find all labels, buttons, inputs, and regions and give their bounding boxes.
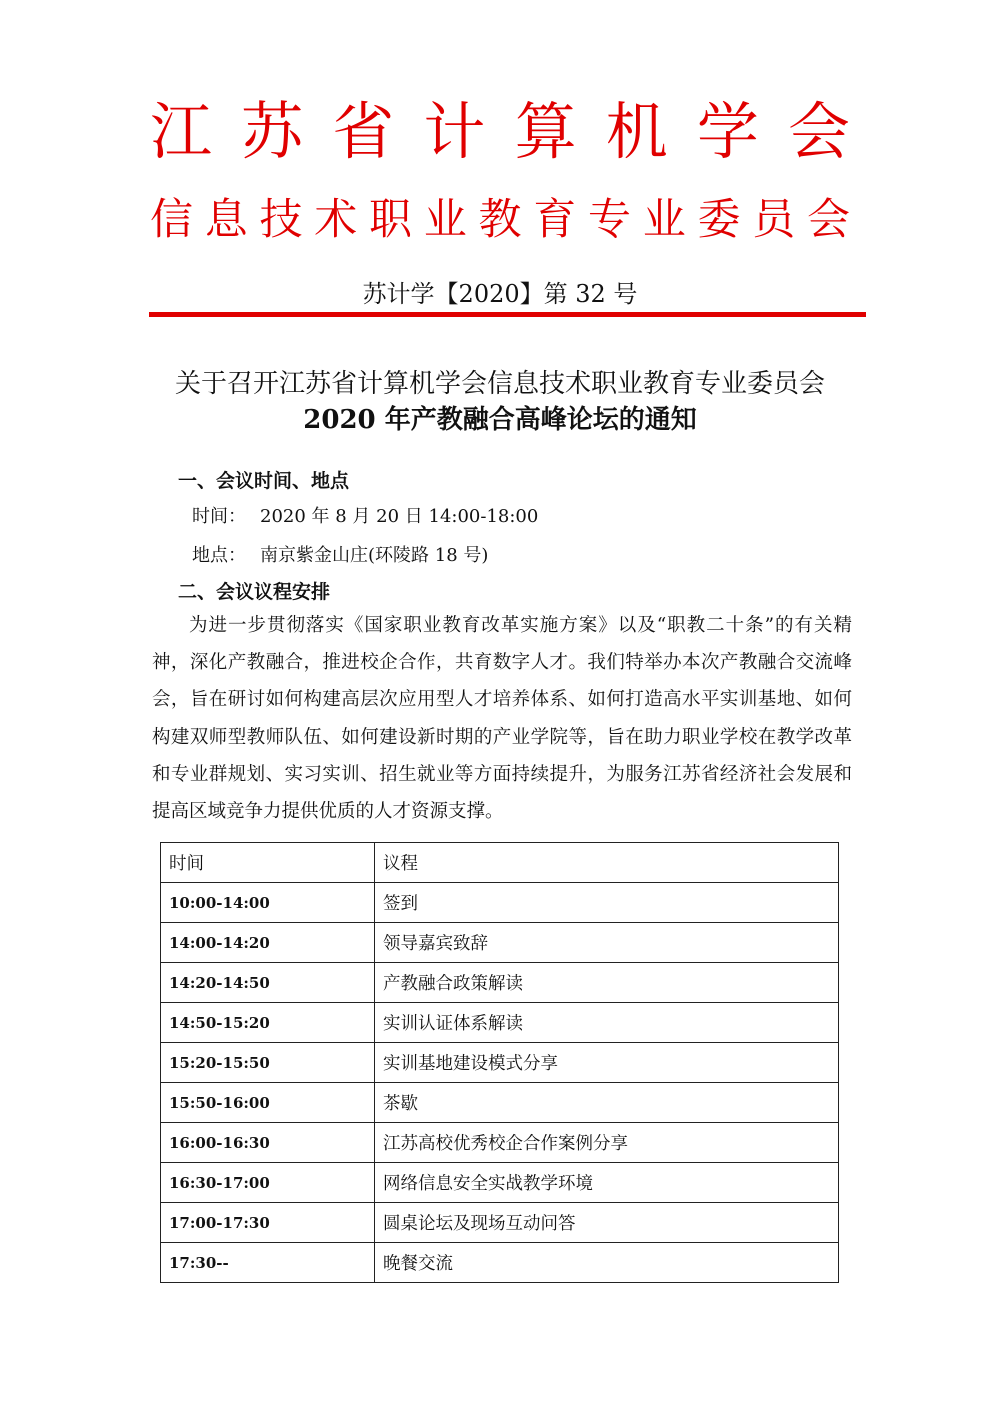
row-time: 16:00-16:30 xyxy=(161,1123,375,1163)
row-time: 14:50-15:20 xyxy=(161,1003,375,1043)
row-time: 17:00-17:30 xyxy=(161,1203,375,1243)
org-char: 职 xyxy=(369,190,412,250)
row-item: 实训认证体系解读 xyxy=(375,1003,839,1043)
org-char: 苏 xyxy=(241,92,303,172)
row-time: 15:50-16:00 xyxy=(161,1083,375,1123)
org-char: 会 xyxy=(788,92,850,172)
time-label: 时间： xyxy=(192,503,260,531)
header-item: 议程 xyxy=(375,843,839,883)
section-heading-agenda: 二、会议议程安排 xyxy=(178,578,330,606)
org-char: 计 xyxy=(423,92,485,172)
table-row: 16:30-17:00 网络信息安全实战教学环境 xyxy=(161,1163,839,1203)
document-number: 苏计学【2020】第 32 号 xyxy=(0,276,1000,312)
place-value: 南京紫金山庄(环陵路 18 号) xyxy=(260,545,488,566)
row-item: 晚餐交流 xyxy=(375,1243,839,1283)
org-name-line2: 信 息 技 术 职 业 教 育 专 业 委 员 会 xyxy=(150,190,850,250)
row-time: 17:30-- xyxy=(161,1243,375,1283)
org-char: 业 xyxy=(643,190,686,250)
table-row: 15:50-16:00 茶歇 xyxy=(161,1083,839,1123)
row-item: 实训基地建设模式分享 xyxy=(375,1043,839,1083)
row-time: 15:20-15:50 xyxy=(161,1043,375,1083)
org-char: 算 xyxy=(515,92,577,172)
org-char: 会 xyxy=(807,190,850,250)
row-item: 网络信息安全实战教学环境 xyxy=(375,1163,839,1203)
table-row: 17:30-- 晚餐交流 xyxy=(161,1243,839,1283)
section-heading-time-place: 一、会议时间、地点 xyxy=(178,467,349,495)
org-char: 息 xyxy=(205,190,248,250)
row-item: 圆桌论坛及现场互动问答 xyxy=(375,1203,839,1243)
red-divider xyxy=(149,312,866,317)
place-label: 地点： xyxy=(192,542,260,570)
org-char: 学 xyxy=(697,92,759,172)
notice-title-line1: 关于召开江苏省计算机学会信息技术职业教育专业委员会 xyxy=(0,366,1000,402)
table-row: 16:00-16:30 江苏高校优秀校企合作案例分享 xyxy=(161,1123,839,1163)
org-char: 教 xyxy=(479,190,522,250)
table-row: 10:00-14:00 签到 xyxy=(161,883,839,923)
org-char: 专 xyxy=(588,190,631,250)
table-row: 14:20-14:50 产教融合政策解读 xyxy=(161,963,839,1003)
table-row: 17:00-17:30 圆桌论坛及现场互动问答 xyxy=(161,1203,839,1243)
table-row: 15:20-15:50 实训基地建设模式分享 xyxy=(161,1043,839,1083)
org-char: 员 xyxy=(752,190,795,250)
org-char: 机 xyxy=(606,92,668,172)
paragraph-text: 为进一步贯彻落实《国家职业教育改革实施方案》以及“职教二十条”的有关精神，深化产… xyxy=(152,607,852,830)
row-item: 产教融合政策解读 xyxy=(375,963,839,1003)
row-item: 茶歇 xyxy=(375,1083,839,1123)
row-item: 领导嘉宾致辞 xyxy=(375,923,839,963)
row-time: 10:00-14:00 xyxy=(161,883,375,923)
time-value: 2020 年 8 月 20 日 14:00-18:00 xyxy=(260,506,538,527)
org-char: 委 xyxy=(698,190,741,250)
table-row: 14:50-15:20 实训认证体系解读 xyxy=(161,1003,839,1043)
row-item: 签到 xyxy=(375,883,839,923)
agenda-intro-paragraph: 为进一步贯彻落实《国家职业教育改革实施方案》以及“职教二十条”的有关精神，深化产… xyxy=(152,607,852,830)
agenda-table: 时间 议程 10:00-14:00 签到 14:00-14:20 领导嘉宾致辞 … xyxy=(160,842,839,1283)
meeting-place: 地点：南京紫金山庄(环陵路 18 号) xyxy=(192,542,488,570)
row-time: 14:00-14:20 xyxy=(161,923,375,963)
row-time: 14:20-14:50 xyxy=(161,963,375,1003)
row-time: 16:30-17:00 xyxy=(161,1163,375,1203)
notice-title-line2: 2020 年产教融合高峰论坛的通知 xyxy=(0,402,1000,438)
header-time: 时间 xyxy=(161,843,375,883)
table-header-row: 时间 议程 xyxy=(161,843,839,883)
org-char: 育 xyxy=(533,190,576,250)
org-char: 技 xyxy=(260,190,303,250)
org-char: 省 xyxy=(332,92,394,172)
org-char: 信 xyxy=(150,190,193,250)
meeting-time: 时间：2020 年 8 月 20 日 14:00-18:00 xyxy=(192,503,538,531)
table-row: 14:00-14:20 领导嘉宾致辞 xyxy=(161,923,839,963)
org-char: 业 xyxy=(424,190,467,250)
org-char: 江 xyxy=(150,92,212,172)
org-char: 术 xyxy=(314,190,357,250)
org-name-line1: 江 苏 省 计 算 机 学 会 xyxy=(150,92,850,172)
row-item: 江苏高校优秀校企合作案例分享 xyxy=(375,1123,839,1163)
